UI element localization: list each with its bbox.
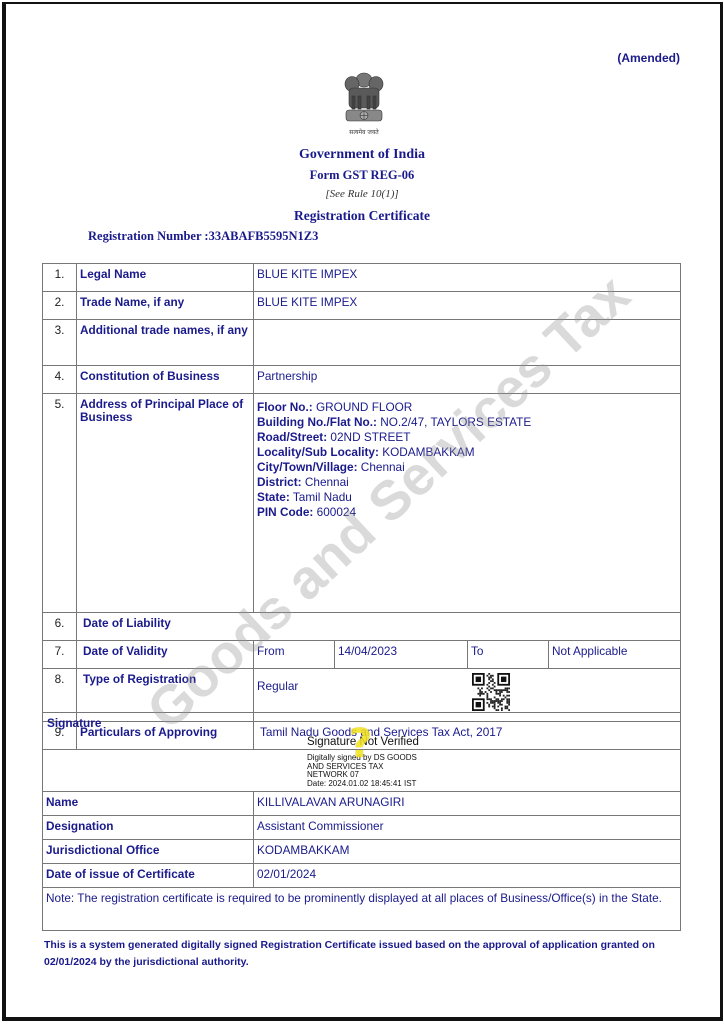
- national-emblem-icon: सत्यमेव जयते: [338, 68, 390, 142]
- address-city: City/Town/Village: Chennai: [257, 460, 677, 475]
- address-building: Building No./Flat No.: NO.2/47, TAYLORS …: [257, 415, 677, 430]
- designation-label: Designation: [43, 816, 254, 840]
- legal-name-value: BLUE KITE IMPEX: [254, 264, 681, 292]
- date-of-liability-label: Date of Liability: [77, 613, 681, 641]
- jurisdictional-office-value: KODAMBAKKAM: [254, 840, 681, 864]
- table-row: 2. Trade Name, if any BLUE KITE IMPEX: [43, 292, 681, 320]
- address-district: District: Chennai: [257, 475, 677, 490]
- signature-details: Digitally signed by DS GOODS AND SERVICE…: [307, 754, 447, 788]
- qr-code-icon: [472, 673, 510, 711]
- rule-reference: [See Rule 10(1)]: [0, 188, 724, 200]
- address-floor: Floor No.: GROUND FLOOR: [257, 400, 677, 415]
- note-row: Note: The registration certificate is re…: [43, 888, 681, 931]
- government-heading: Government of India: [0, 147, 724, 163]
- signature-label: Signature: [47, 717, 101, 730]
- constitution-label: Constitution of Business: [77, 366, 254, 394]
- row-number: 6.: [43, 613, 77, 641]
- address-pin: PIN Code: 600024: [257, 505, 677, 520]
- trade-name-label: Trade Name, if any: [77, 292, 254, 320]
- table-row: 7. Date of Validity From 14/04/2023 To N…: [43, 641, 681, 669]
- signature-cell: Signature Signature Not Verified Digital…: [43, 713, 681, 792]
- row-number: 7.: [43, 641, 77, 669]
- address-road: Road/Street: 02ND STREET: [257, 430, 677, 445]
- display-note: Note: The registration certificate is re…: [43, 888, 681, 931]
- svg-text:सत्यमेव जयते: सत्यमेव जयते: [349, 128, 379, 136]
- legal-name-label: Legal Name: [77, 264, 254, 292]
- form-name: Form GST REG-06: [0, 168, 724, 183]
- officer-name-label: Name: [43, 792, 254, 816]
- amended-label: (Amended): [617, 51, 680, 65]
- row-number: 2.: [43, 292, 77, 320]
- validity-to-label: To: [468, 641, 549, 669]
- table-row: 6. Date of Liability: [43, 613, 681, 641]
- table-row: 4. Constitution of Business Partnership: [43, 366, 681, 394]
- additional-trade-names-label: Additional trade names, if any: [77, 320, 254, 366]
- designation-value: Assistant Commissioner: [254, 816, 681, 840]
- date-of-validity-label: Date of Validity: [77, 641, 254, 669]
- issue-date-label: Date of issue of Certificate: [43, 864, 254, 888]
- system-generated-footer: This is a system generated digitally sig…: [44, 937, 684, 971]
- signature-officer-table: Signature Signature Not Verified Digital…: [42, 712, 681, 931]
- officer-name-value: KILLIVALAVAN ARUNAGIRI: [254, 792, 681, 816]
- table-row: Designation Assistant Commissioner: [43, 816, 681, 840]
- constitution-value: Partnership: [254, 366, 681, 394]
- table-row: Date of issue of Certificate 02/01/2024: [43, 864, 681, 888]
- certificate-title: Registration Certificate: [0, 208, 724, 224]
- table-row: Name KILLIVALAVAN ARUNAGIRI: [43, 792, 681, 816]
- registration-number: Registration Number :33ABAFB5595N1Z3: [88, 229, 318, 244]
- trade-name-value: BLUE KITE IMPEX: [254, 292, 681, 320]
- table-row: 5. Address of Principal Place of Busines…: [43, 394, 681, 613]
- table-row: 3. Additional trade names, if any: [43, 320, 681, 366]
- address-value: Floor No.: GROUND FLOOR Building No./Fla…: [254, 394, 681, 613]
- validity-to-value: Not Applicable: [549, 641, 681, 669]
- signature-status: Signature Not Verified: [307, 736, 447, 749]
- validity-from-value: 14/04/2023: [335, 641, 468, 669]
- table-row: 1. Legal Name BLUE KITE IMPEX: [43, 264, 681, 292]
- address-label: Address of Principal Place of Business: [77, 394, 254, 613]
- registration-type: Regular: [257, 680, 298, 693]
- additional-trade-names-value: [254, 320, 681, 366]
- address-state: State: Tamil Nadu: [257, 490, 677, 505]
- validity-from-label: From: [254, 641, 335, 669]
- row-number: 5.: [43, 394, 77, 613]
- unverified-question-icon: ?: [349, 738, 372, 751]
- signature-row: Signature Signature Not Verified Digital…: [43, 713, 681, 792]
- row-number: 4.: [43, 366, 77, 394]
- table-row: Jurisdictional Office KODAMBAKKAM: [43, 840, 681, 864]
- row-number: 1.: [43, 264, 77, 292]
- address-locality: Locality/Sub Locality: KODAMBAKKAM: [257, 445, 677, 460]
- jurisdictional-office-label: Jurisdictional Office: [43, 840, 254, 864]
- registration-details-table: 1. Legal Name BLUE KITE IMPEX 2. Trade N…: [42, 263, 681, 750]
- issue-date-value: 02/01/2024: [254, 864, 681, 888]
- row-number: 3.: [43, 320, 77, 366]
- digital-signature-block[interactable]: Signature Not Verified Digitally signed …: [307, 736, 447, 788]
